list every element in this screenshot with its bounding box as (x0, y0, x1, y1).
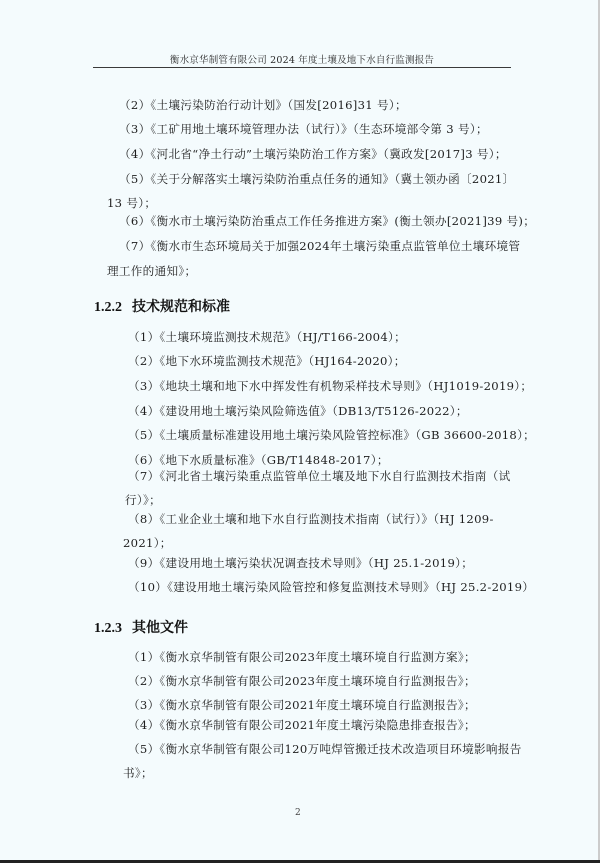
list-item: （4）《建设用地土壤污染风险筛选值》（DB13/T5126-2022）； (128, 403, 468, 419)
list-item: （1）《土壤环境监测技术规范》（HJ/T166-2004）； (128, 329, 406, 345)
list-item: （9）《建设用地土壤污染状况调查技术导则》（HJ 25.1-2019）； (128, 555, 473, 571)
list-item-continuation: 行）》； (125, 492, 161, 508)
list-item: （3）《工矿用地土壤环境管理办法（试行）》（生态环境部令第 3 号）； (119, 121, 488, 137)
list-item: （4）《衡水京华制管有限公司2021年度土壤污染隐患排查报告》； (128, 717, 476, 733)
list-item: （10）《建设用地土壤污染风险管控和修复监测技术导则》（HJ 25.2-2019… (128, 579, 534, 595)
list-item: （6）《衡水市土壤污染防治重点工作任务推进方案》(衡土领办[2021]39 号)… (119, 213, 535, 229)
section-number: 1.2.2 (94, 300, 122, 315)
section-number: 1.2.3 (94, 621, 122, 636)
list-item: （8）《工业企业土壤和地下水自行监测技术指南（试行）》（HJ 1209- (128, 511, 494, 527)
list-item-continuation: 书》； (123, 765, 153, 781)
list-item: （6）《地下水质量标准》（GB/T14848-2017）； (128, 452, 389, 468)
list-item: （5）《衡水京华制管有限公司120万吨焊管搬迁技术改造项目环境影响报告 (128, 741, 522, 757)
list-item: （4）《河北省“净土行动”土壤污染防治工作方案》（冀政发[2017]3 号）； (119, 146, 507, 162)
document-page: 衡水京华制管有限公司 2024 年度土壤及地下水自行监测报告 （2）《土壤污染防… (0, 0, 600, 863)
list-item: （1）《衡水京华制管有限公司2023年度土壤环境自行监测方案》； (128, 649, 476, 665)
list-item: （5）《土壤质量标准建设用地土壤污染风险管控标准》（GB 36600-2018）… (128, 427, 535, 443)
running-header: 衡水京华制管有限公司 2024 年度土壤及地下水自行监测报告 (93, 52, 511, 66)
page-number: 2 (295, 808, 301, 818)
list-item: （7）《衡水市生态环境局关于加强2024年土壤污染重点监管单位土壤环境管 (119, 238, 520, 254)
section-title: 技术规范和标准 (132, 299, 230, 315)
header-rule (93, 67, 511, 68)
list-item: （3）《地块土壤和地下水中挥发性有机物采样技术导则》（HJ1019-2019）； (128, 378, 532, 394)
list-item-continuation: 13 号）； (107, 195, 156, 211)
list-item: （7）《河北省土壤污染重点监管单位土壤及地下水自行监测技术指南（试 (128, 468, 510, 484)
list-item: （2）《地下水环境监测技术规范》（HJ164-2020）； (128, 353, 406, 369)
section-heading-1-2-2: 1.2.2技术规范和标准 (94, 296, 230, 316)
list-item-continuation: 理工作的通知》； (107, 263, 196, 279)
list-item: （2）《衡水京华制管有限公司2023年度土壤环境自行监测报告》； (128, 673, 476, 689)
list-item: （2）《土壤污染防治行动计划》（国发[2016]31 号）； (119, 97, 407, 113)
list-item-continuation: 2021）； (123, 535, 172, 551)
section-heading-1-2-3: 1.2.3其他文件 (94, 617, 188, 637)
list-item: （5）《关于分解落实土壤污染防治重点任务的通知》（冀土领办函〔2021〕 (119, 171, 515, 187)
section-title: 其他文件 (132, 620, 188, 636)
list-item: （3）《衡水京华制管有限公司2021年度土壤环境自行监测报告》； (128, 697, 476, 713)
